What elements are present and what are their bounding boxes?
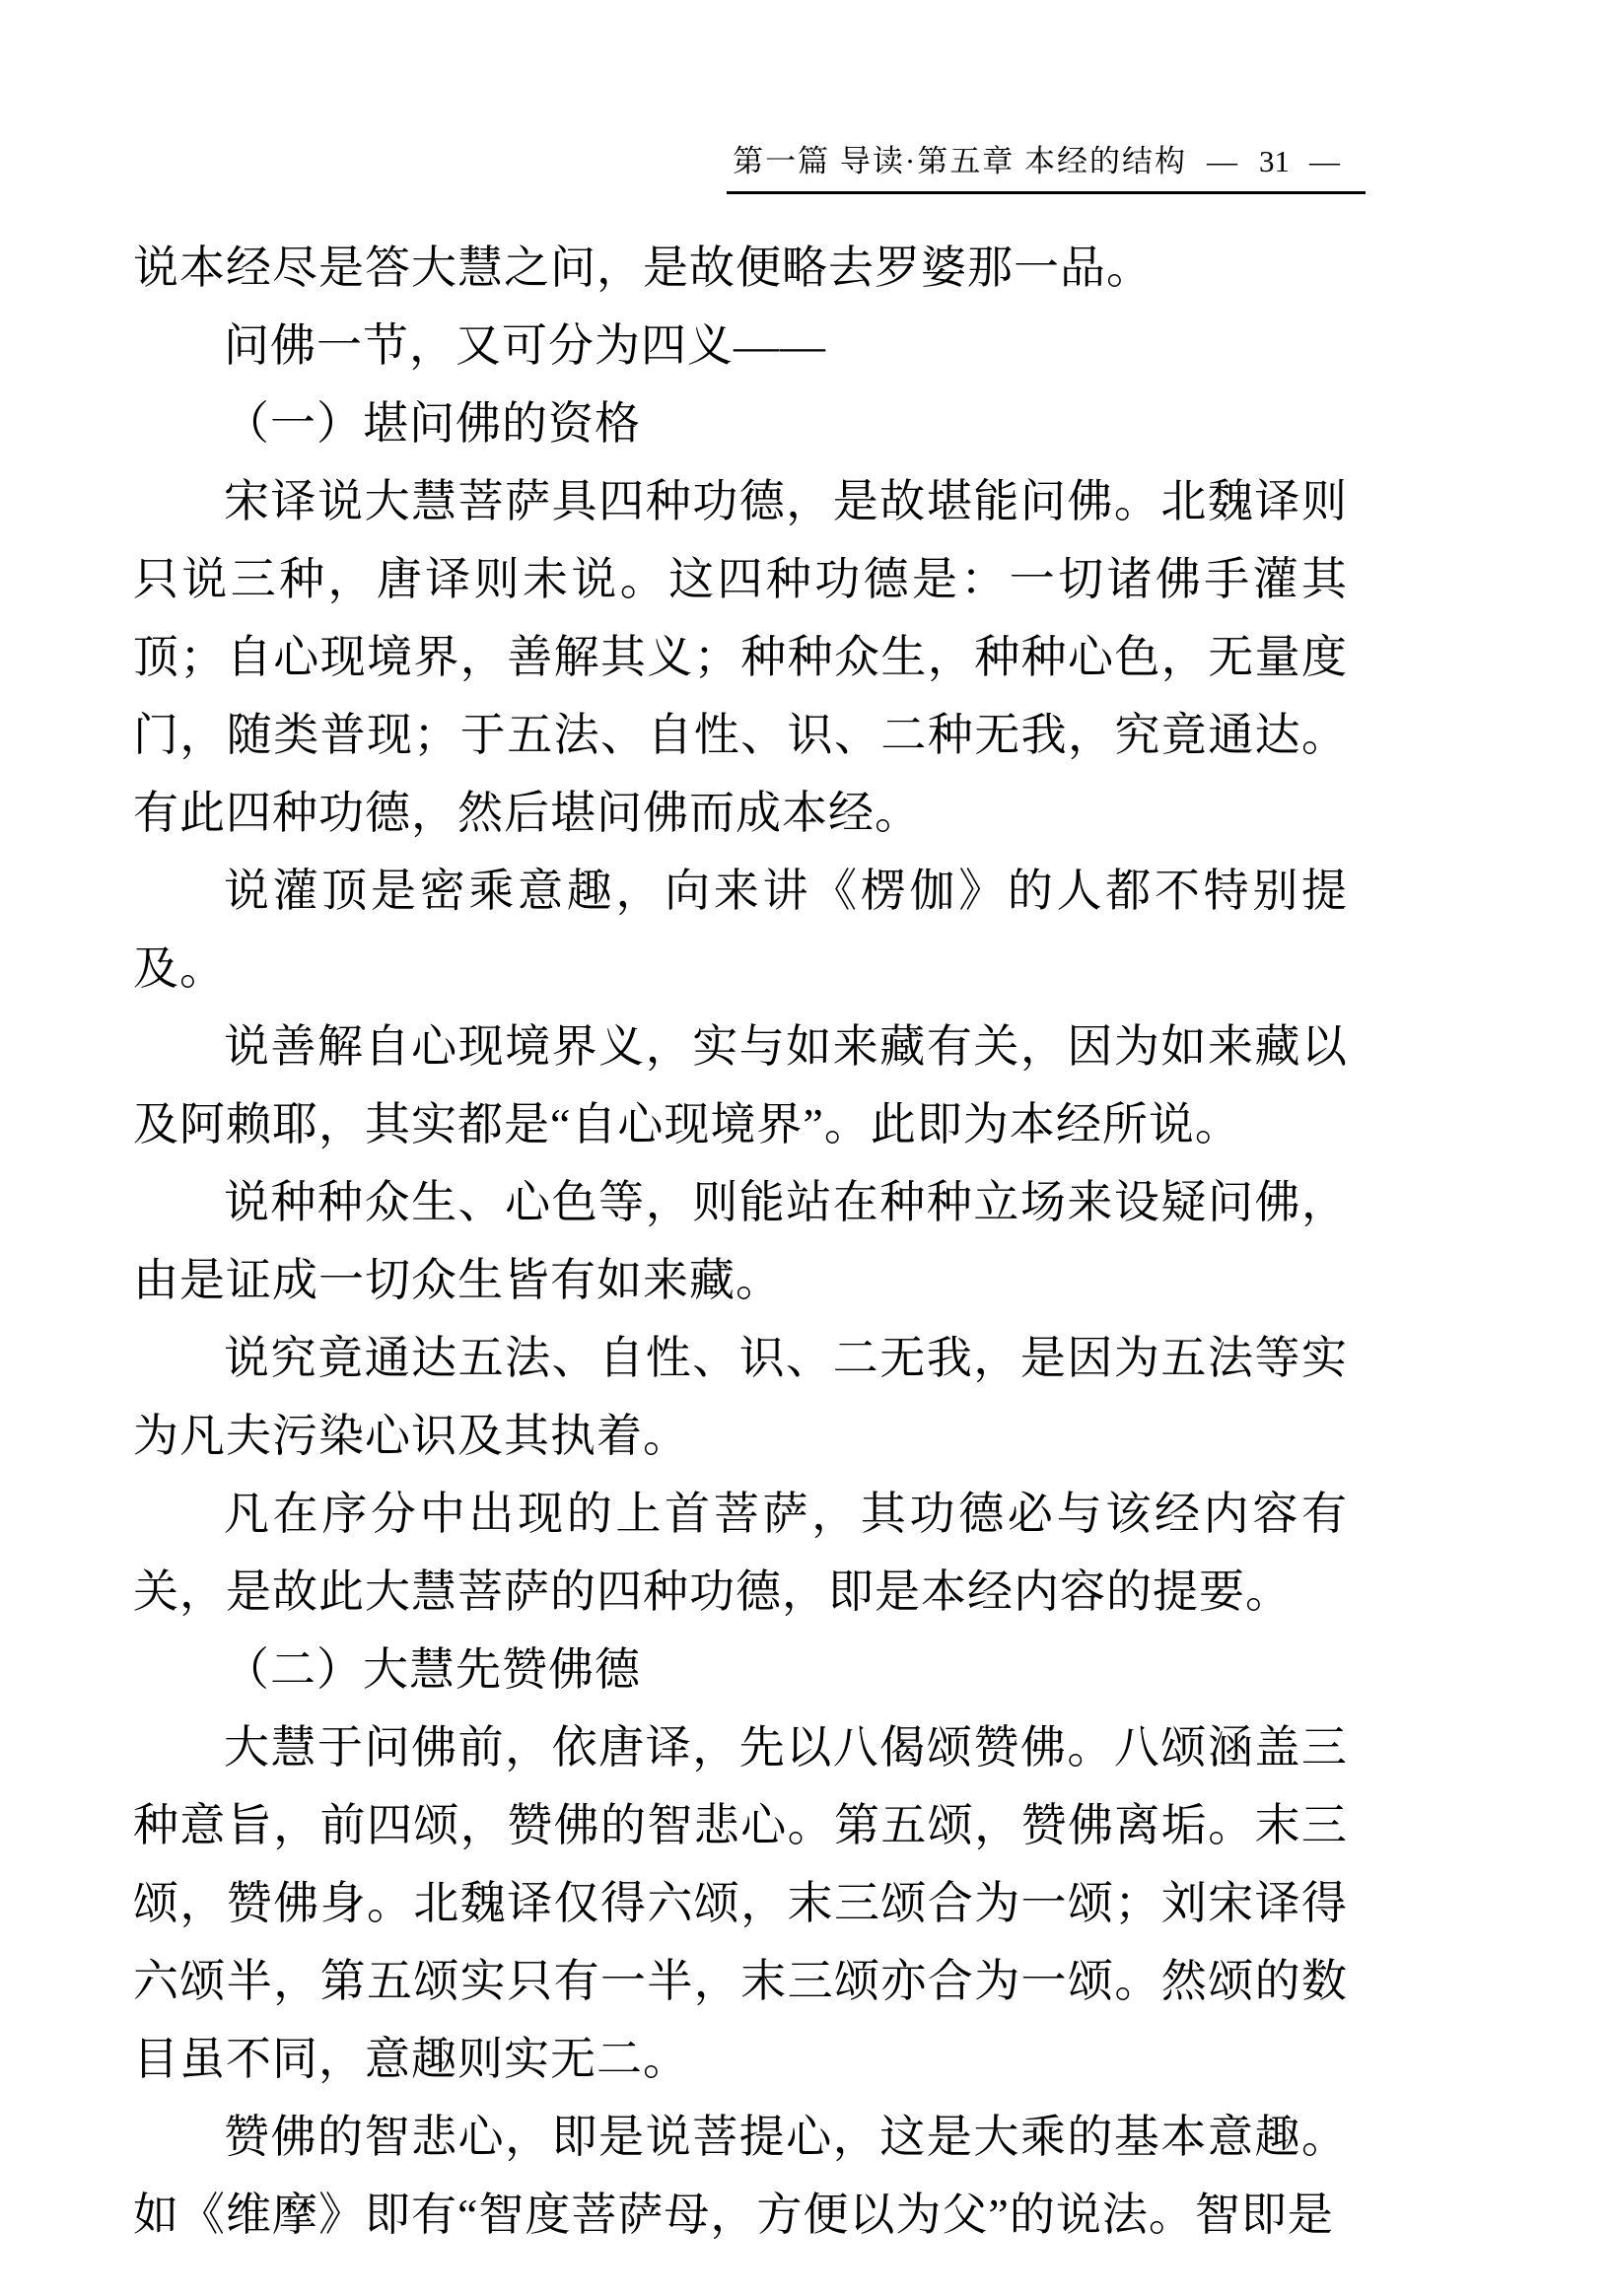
chapter-title: 第一篇 导读·第五章 本经的结构 bbox=[733, 144, 1187, 178]
page-number-dash-right: — bbox=[1309, 144, 1342, 178]
paragraph: （二）大慧先赞佛德 bbox=[133, 1631, 1348, 1708]
paragraph: 说种种众生、心色等，则能站在种种立场来设疑问佛，由是证成一切众生皆有如来藏。 bbox=[133, 1163, 1348, 1319]
paragraph: 说善解自心现境界义，实与如来藏有关，因为如来藏以及阿赖耶，其实都是“自心现境界”… bbox=[133, 1008, 1348, 1163]
page-number-dash-left: — bbox=[1207, 144, 1239, 178]
body-text: 说本经尽是答大慧之问，是故便略去罗婆那一品。问佛一节，又可分为四义——（一）堪问… bbox=[133, 229, 1348, 2254]
paragraph: 凡在序分中出现的上首菩萨，其功德必与该经内容有关，是故此大慧菩萨的四种功德，即是… bbox=[133, 1475, 1348, 1631]
book-page: 第一篇 导读·第五章 本经的结构—31— 说本经尽是答大慧之问，是故便略去罗婆那… bbox=[0, 0, 1612, 2296]
paragraph: 说究竟通达五法、自性、识、二无我，是因为五法等实为凡夫污染心识及其执着。 bbox=[133, 1319, 1348, 1475]
paragraph: 问佛一节，又可分为四义—— bbox=[133, 307, 1348, 384]
paragraph: 说本经尽是答大慧之问，是故便略去罗婆那一品。 bbox=[133, 229, 1348, 307]
page-number: 31 bbox=[1259, 144, 1290, 178]
paragraph: （一）堪问佛的资格 bbox=[133, 384, 1348, 462]
paragraph: 说灌顶是密乘意趣，向来讲《楞伽》的人都不特别提及。 bbox=[133, 852, 1348, 1008]
paragraph: 赞佛的智悲心，即是说菩提心，这是大乘的基本意趣。如《维摩》即有“智度菩萨母，方便… bbox=[133, 2098, 1348, 2254]
paragraph: 大慧于问佛前，依唐译，先以八偈颂赞佛。八颂涵盖三种意旨，前四颂，赞佛的智悲心。第… bbox=[133, 1708, 1348, 2098]
paragraph: 宋译说大慧菩萨具四种功德，是故堪能问佛。北魏译则只说三种，唐译则未说。这四种功德… bbox=[133, 462, 1348, 852]
running-header: 第一篇 导读·第五章 本经的结构—31— bbox=[727, 141, 1366, 194]
